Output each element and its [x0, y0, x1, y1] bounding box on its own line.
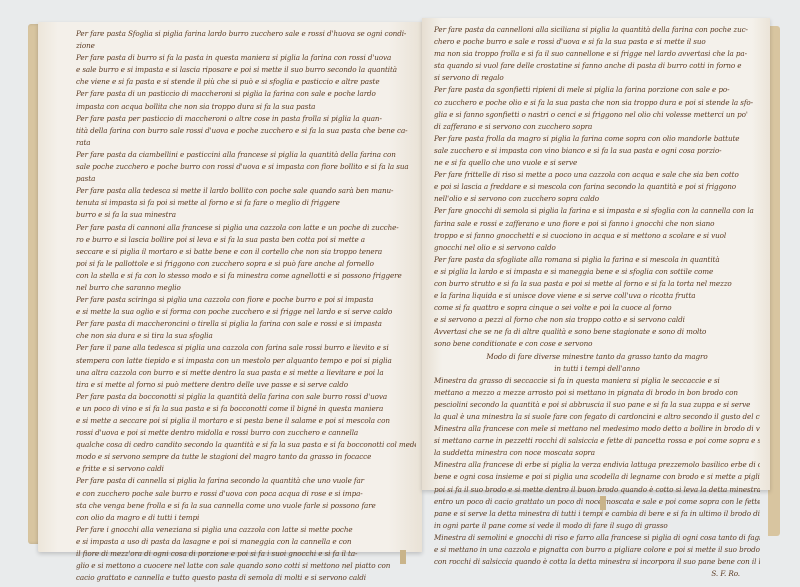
manuscript-line: si mettano carne in pezzetti rocchi di s… [434, 435, 760, 447]
manuscript-line: e si piglia la lardo e si impasta e si m… [434, 266, 760, 278]
manuscript-line: nell'olio e si servono con zucchero sopr… [434, 193, 760, 205]
manuscript-line: con burro strutto e si fa la sua pasta e… [434, 278, 760, 290]
manuscript-line: Per fare pasta da bocconotti si piglia l… [76, 391, 416, 403]
manuscript-line: e si mette la sua oglio e si forma con p… [76, 306, 416, 318]
left-page-handwritten-text: Per fare pasta Sfoglia si piglia farina … [76, 28, 416, 584]
manuscript-line: pesciolini secondo la quantità e poi si … [434, 399, 760, 411]
manuscript-line: poi si fa il suo brodo e si mette dentro… [434, 484, 760, 496]
manuscript-line: Per fare pasta alla tedesca si mette il … [76, 185, 416, 197]
manuscript-line: e poi si lascia a freddare e si mescola … [434, 181, 760, 193]
manuscript-line: burro e si fa la sua minestra [76, 209, 416, 221]
manuscript-line: sale poche zucchero e poche burro con ro… [76, 161, 416, 173]
manuscript-line: sta che venga bene frolla e si fa la sua… [76, 500, 416, 512]
open-manuscript-book: Per fare pasta Sfoglia si piglia farina … [28, 14, 780, 562]
manuscript-line: Per fare frittelle di riso si mette a po… [434, 169, 760, 181]
manuscript-line: Per fare pasta da cannelloni alla sicili… [434, 24, 760, 36]
section-heading-line: Modo di fare diverse minestre tanto da g… [434, 351, 760, 363]
manuscript-line: seccare e si piglia il mortaro e si batt… [76, 246, 416, 258]
manuscript-line: Minestra da grasso di seccaccie si fa in… [434, 375, 760, 387]
left-page: Per fare pasta Sfoglia si piglia farina … [38, 22, 422, 552]
manuscript-line: e si mettano in una cazzola e pignatta c… [434, 544, 760, 556]
manuscript-line: farina sale e rossi e zafferano e uno fi… [434, 218, 760, 230]
manuscript-line: tità della farina con burro sale rossi d… [76, 125, 416, 137]
manuscript-line: tira e si mette al forno si può mettere … [76, 379, 416, 391]
manuscript-line: Per fare pasta di cannella si piglia la … [76, 475, 416, 487]
manuscript-line: co zucchero e poche olio e si fa la sua … [434, 97, 760, 109]
manuscript-line: e un poco di vino e si fa la sua pasta e… [76, 403, 416, 415]
manuscript-line: nel burro che saranno meglio [76, 282, 416, 294]
manuscript-line: in ogni parte il pane come si vede il mo… [434, 520, 760, 532]
manuscript-line: mettano a mezzo a mezze arrosto poi si m… [434, 387, 760, 399]
manuscript-line: sono bene conditionate e con cose e serv… [434, 338, 760, 350]
manuscript-line: che viene e si fa pasta e si stende il p… [76, 76, 416, 88]
manuscript-line: Per fare pasta di cannoni alla francese … [76, 222, 416, 234]
manuscript-line: qualche cosa di cedro candito secondo la… [76, 439, 416, 451]
manuscript-line: sta quando si vuol fare delle crostatine… [434, 60, 760, 72]
manuscript-line: Per fare pasta Sfoglia si piglia farina … [76, 28, 416, 40]
manuscript-line: che non sia dura e si tira la sua sfogli… [76, 330, 416, 342]
manuscript-line: Per fare pasta per pasticcio di macchero… [76, 113, 416, 125]
manuscript-line: pasta [76, 173, 416, 185]
manuscript-line: di zafferano e si servono con zucchero s… [434, 121, 760, 133]
manuscript-line: ma non sia troppo frolla e si fa il suo … [434, 48, 760, 60]
section-heading-line: in tutti i tempi dell'anno [434, 363, 760, 375]
manuscript-line: Per fare pasta di burro si fa la pasta i… [76, 52, 416, 64]
manuscript-line: Per fare il pane alla tedesca si piglia … [76, 342, 416, 354]
manuscript-line: Minestra alla francese di erbe si piglia… [434, 459, 760, 471]
manuscript-line: troppo e si fanno gnocchetti e si cuocio… [434, 230, 760, 242]
manuscript-line: Per fare gnocchi di semola si piglia la … [434, 205, 760, 217]
manuscript-line: bene e ogni cosa insieme e poi si piglia… [434, 471, 760, 483]
manuscript-line: stempera con latte tiepido e si impasta … [76, 355, 416, 367]
manuscript-line: Per fare pasta da ciambellini e pasticci… [76, 149, 416, 161]
manuscript-line: chero e poche burro e sale e rossi d'uov… [434, 36, 760, 48]
manuscript-line: Per fare i gnocchi alla veneziana si pig… [76, 524, 416, 536]
right-page: Per fare pasta da cannelloni alla sicili… [422, 18, 770, 490]
manuscript-line: la suddetta minestra con noce moscata so… [434, 447, 760, 459]
manuscript-line: e con zucchero poche sale burro e rossi … [76, 488, 416, 500]
manuscript-line: una altra cazzola con burro e si mette d… [76, 367, 416, 379]
manuscript-line: modo e si servono sempre da tutte le sta… [76, 451, 416, 463]
manuscript-line: e si mette a seccare poi si piglia il mo… [76, 415, 416, 427]
manuscript-line: e sale burro e si impasta e si lascia ri… [76, 64, 416, 76]
manuscript-line: impasta con acqua bollita che non sia tr… [76, 101, 416, 113]
manuscript-line: con la stella e si fa con lo stesso modo… [76, 270, 416, 282]
manuscript-line: Avvertasi che se ne fa di altre qualità … [434, 326, 760, 338]
manuscript-line: Per fare pasta di maccheroncini o tirell… [76, 318, 416, 330]
manuscript-line: poi si fa le pallottole e si friggono co… [76, 258, 416, 270]
manuscript-line: glio e si mettono a cuocere nel latte co… [76, 560, 416, 572]
manuscript-line: sale zucchero e si impasta con vino bian… [434, 145, 760, 157]
manuscript-line: Per fare pasta da sfogliate alla romana … [434, 254, 760, 266]
manuscript-line: ne e si fa quello che uno vuole e si ser… [434, 157, 760, 169]
manuscript-line: zione [76, 40, 416, 52]
manuscript-line: con rocchi di salsiccia quando è cotta l… [434, 556, 760, 568]
manuscript-line: con olio da magro e di tutti i tempi [76, 512, 416, 524]
signature: S. F. Ro. [434, 568, 760, 580]
manuscript-line: e fritte e si servono caldi [76, 463, 416, 475]
right-page-handwritten-text: Per fare pasta da cannelloni alla sicili… [434, 24, 760, 580]
manuscript-line: e la farina liquida e si unisce dove vie… [434, 290, 760, 302]
manuscript-line: tenuta si impasta si fa poi si mette al … [76, 197, 416, 209]
bookmark-ribbon-left [400, 550, 406, 564]
manuscript-line: rossi d'uova e poi si mette dentro midol… [76, 427, 416, 439]
manuscript-line: Per fare pasta sciringa si piglia una ca… [76, 294, 416, 306]
manuscript-line: Per fare pasta di un pasticcio di macche… [76, 88, 416, 100]
manuscript-line: come si fa quattro e sopra cinque o sei … [434, 302, 760, 314]
manuscript-line: cacio grattato e cannella e tutto questo… [76, 572, 416, 584]
manuscript-line: rata [76, 137, 416, 149]
manuscript-line: Minestra alla francese con mele si metta… [434, 423, 760, 435]
manuscript-line: Per fare pasta frolla da magro si piglia… [434, 133, 760, 145]
manuscript-line: Minestra di semolini e gnocchi di riso e… [434, 532, 760, 544]
manuscript-line: la qual è una minestra la si suole fare … [434, 411, 760, 423]
manuscript-line: Per fare pasta da sgonfietti ripieni di … [434, 84, 760, 96]
manuscript-line: entro un poco di cacio grattato un poco … [434, 496, 760, 508]
manuscript-line: e si impasta a uso di pasta da lasagne e… [76, 536, 416, 548]
manuscript-line: gnocchi nel olio e si servono caldo [434, 242, 760, 254]
bookmark-ribbon-right [600, 496, 606, 510]
manuscript-line: ro e burro e si lascia bollire poi si le… [76, 234, 416, 246]
manuscript-line: pane e si serve la detta minestra di tut… [434, 508, 760, 520]
manuscript-line: glia e si fanno sgonfietti o nastri o ce… [434, 109, 760, 121]
manuscript-line: si servono di regalo [434, 72, 760, 84]
manuscript-line: il fiore di mezz'ora di ogni cosa di por… [76, 548, 416, 560]
manuscript-line: e si servono a pezzi al forno che non si… [434, 314, 760, 326]
